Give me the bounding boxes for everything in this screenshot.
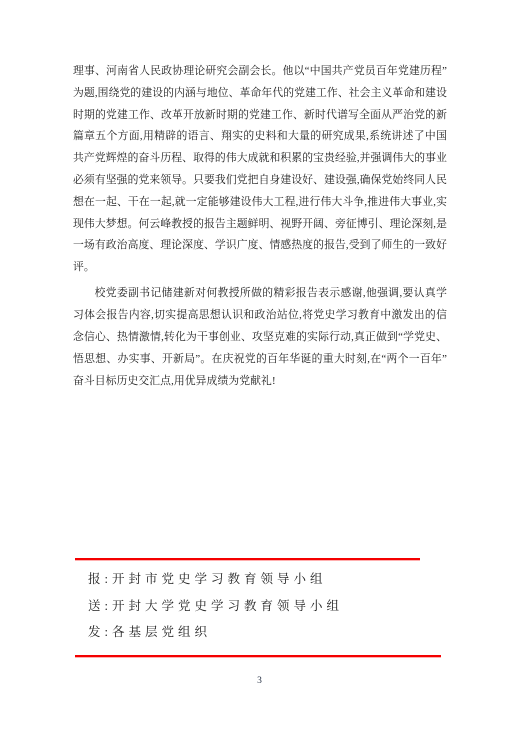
document-body: 理事、河南省人民政协理论研究会副会长。他以“中国共产党员百年党建历程”为题,围绕… — [73, 61, 447, 392]
distribution-report-line: 报:开封市党史学习教育领导小组 — [88, 566, 343, 593]
red-rule-bottom — [75, 655, 441, 657]
distribution-send-line: 送:开封大学党史学习教育领导小组 — [88, 593, 343, 620]
document-page: 理事、河南省人民政协理论研究会副会长。他以“中国共产党员百年党建历程”为题,围绕… — [0, 0, 519, 732]
distribution-block: 报:开封市党史学习教育领导小组 送:开封大学党史学习教育领导小组 发:各基层党组… — [88, 566, 343, 646]
distribution-issue-line: 发:各基层党组织 — [88, 619, 343, 646]
paragraph-2: 校党委副书记储建新对何教授所做的精彩报告表示感谢,他强调,要认真学习体会报告内容… — [73, 283, 447, 392]
paragraph-1: 理事、河南省人民政协理论研究会副会长。他以“中国共产党员百年党建历程”为题,围绕… — [73, 61, 447, 279]
page-number: 3 — [0, 676, 519, 687]
red-rule-top — [75, 558, 420, 560]
